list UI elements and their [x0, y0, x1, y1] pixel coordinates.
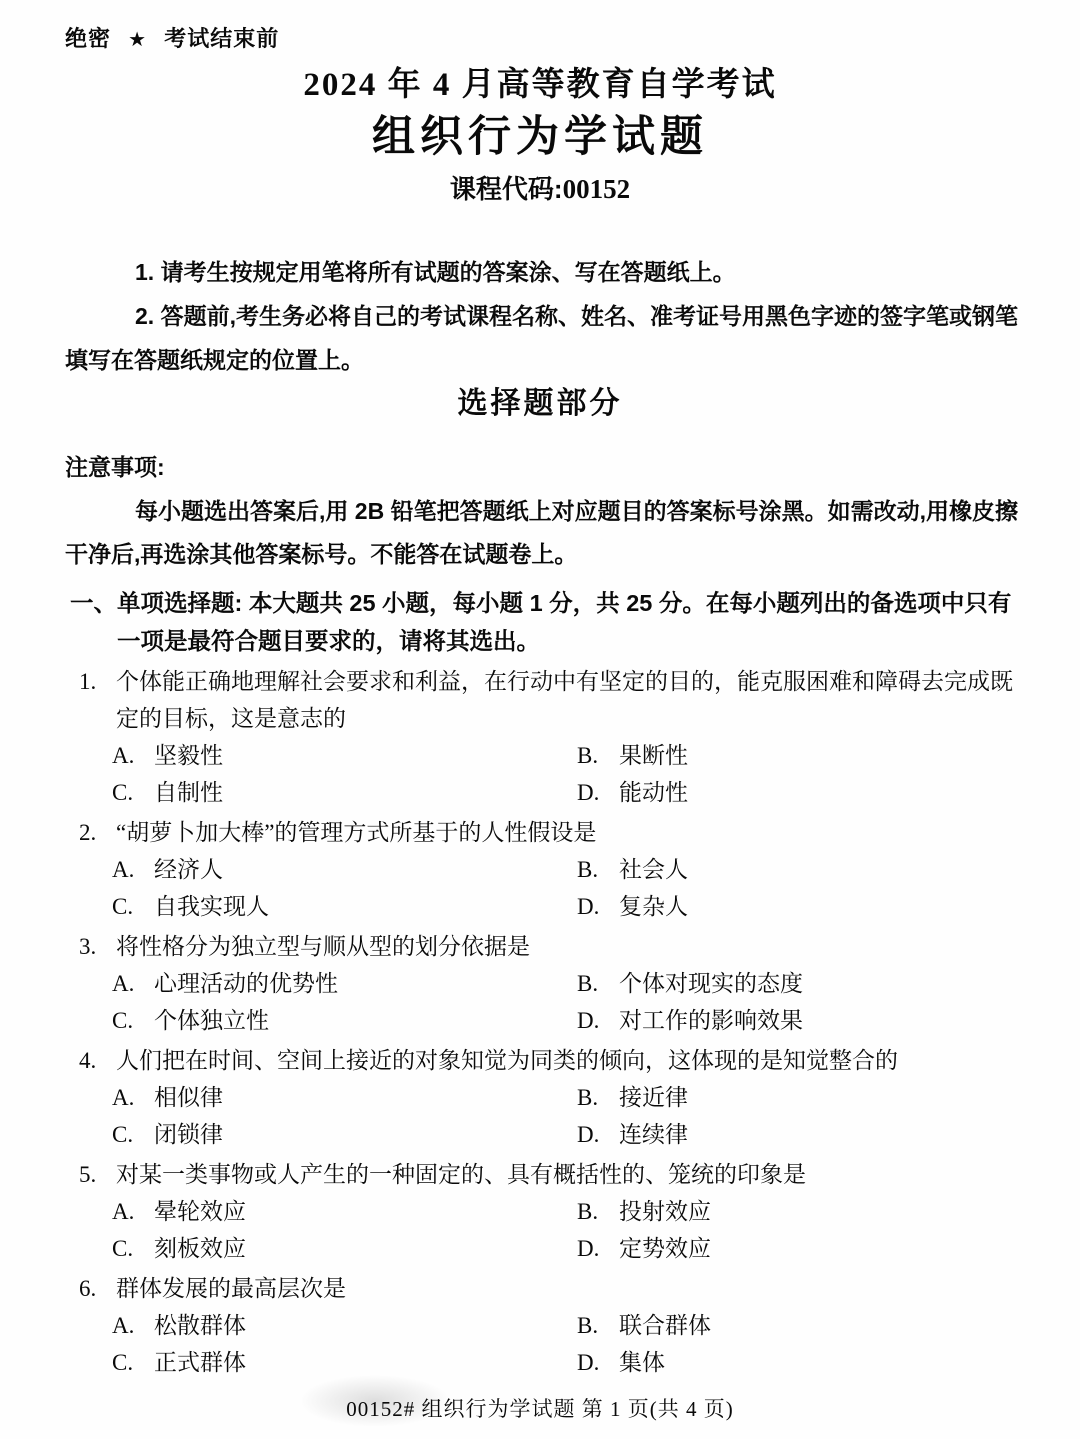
question-text: 将性格分为独立型与顺从型的划分依据是 — [116, 928, 1022, 965]
option-text: 连续律 — [619, 1122, 688, 1147]
course-code-label: 课程代码: — [450, 174, 563, 204]
option-text: 对工作的影响效果 — [619, 1008, 803, 1033]
option-text: 晕轮效应 — [154, 1199, 246, 1224]
general-instructions: 1. 请考生按规定用笔将所有试题的答案涂、写在答题纸上。 2. 答题前,考生务必… — [65, 250, 1018, 382]
notice-title: 注意事项: — [65, 452, 1080, 482]
question-stem: 1. 个体能正确地理解社会要求和利益，在行动中有坚定的目的，能克服困难和障碍去完… — [0, 663, 1080, 737]
option-text: 复杂人 — [619, 894, 688, 919]
course-code-value: 00152 — [563, 174, 631, 204]
option-label: C. — [112, 1002, 154, 1039]
question-text: 个体能正确地理解社会要求和利益，在行动中有坚定的目的，能克服困难和障碍去完成既定… — [116, 663, 1022, 737]
option-label: A. — [112, 965, 154, 1002]
option-text: 接近律 — [619, 1085, 688, 1110]
options-grid: A.晕轮效应 B.投射效应 C.刻板效应 D.定势效应 — [0, 1193, 1080, 1267]
option-a: A.心理活动的优势性 — [112, 965, 577, 1002]
option-a: A.经济人 — [112, 851, 577, 888]
option-label: C. — [112, 1230, 154, 1267]
question-1: 1. 个体能正确地理解社会要求和利益，在行动中有坚定的目的，能克服困难和障碍去完… — [0, 663, 1080, 811]
question-text: 对某一类事物或人产生的一种固定的、具有概括性的、笼统的印象是 — [116, 1156, 1022, 1193]
option-label: D. — [577, 774, 619, 811]
exam-session-title: 2024 年 4 月高等教育自学考试 — [0, 65, 1080, 105]
page-footer: 00152# 组织行为学试题 第 1 页(共 4 页) — [0, 1393, 1080, 1423]
option-b: B.社会人 — [577, 851, 1040, 888]
option-c: C.刻板效应 — [112, 1230, 577, 1267]
classification-note: 考试结束前 — [164, 26, 279, 51]
question-6: 6. 群体发展的最高层次是 A.松散群体 B.联合群体 C.正式群体 D.集体 — [0, 1270, 1080, 1381]
section-one-heading: 一、 单项选择题: 本大题共 25 小题，每小题 1 分，共 25 分。在每小题… — [70, 584, 1022, 660]
classification-label: 绝密 — [65, 26, 111, 51]
option-c: C.个体独立性 — [112, 1002, 577, 1039]
question-stem: 6. 群体发展的最高层次是 — [0, 1270, 1080, 1307]
options-grid: A.心理活动的优势性 B.个体对现实的态度 C.个体独立性 D.对工作的影响效果 — [0, 965, 1080, 1039]
notice-body: 每小题选出答案后,用 2B 铅笔把答题纸上对应题目的答案标号涂黑。如需改动,用橡… — [65, 490, 1018, 576]
instruction-item-1: 1. 请考生按规定用笔将所有试题的答案涂、写在答题纸上。 — [65, 250, 1018, 294]
option-text: 社会人 — [619, 857, 688, 882]
option-label: D. — [577, 1230, 619, 1267]
options-grid: A.松散群体 B.联合群体 C.正式群体 D.集体 — [0, 1307, 1080, 1381]
option-a: A.晕轮效应 — [112, 1193, 577, 1230]
option-label: A. — [112, 851, 154, 888]
instruction-item-2: 2. 答题前,考生务必将自己的考试课程名称、姓名、准考证号用黑色字迹的签字笔或钢… — [65, 294, 1018, 382]
option-c: C.正式群体 — [112, 1344, 577, 1381]
question-stem: 3. 将性格分为独立型与顺从型的划分依据是 — [0, 928, 1080, 965]
question-number: 6. — [79, 1270, 116, 1307]
option-b: B.接近律 — [577, 1079, 1040, 1116]
option-c: C.自制性 — [112, 774, 577, 811]
option-text: 投射效应 — [619, 1199, 711, 1224]
question-number: 3. — [79, 928, 116, 965]
option-label: B. — [577, 965, 619, 1002]
option-label: B. — [577, 1307, 619, 1344]
star-icon: ★ — [128, 29, 147, 51]
option-text: 个体独立性 — [154, 1008, 269, 1033]
options-grid: A.经济人 B.社会人 C.自我实现人 D.复杂人 — [0, 851, 1080, 925]
option-text: 集体 — [619, 1350, 665, 1375]
option-d: D.能动性 — [577, 774, 1040, 811]
option-text: 心理活动的优势性 — [154, 971, 338, 996]
options-grid: A.坚毅性 B.果断性 C.自制性 D.能动性 — [0, 737, 1080, 811]
question-stem: 5. 对某一类事物或人产生的一种固定的、具有概括性的、笼统的印象是 — [0, 1156, 1080, 1193]
option-a: A.坚毅性 — [112, 737, 577, 774]
option-c: C.闭锁律 — [112, 1116, 577, 1153]
option-text: 自制性 — [154, 780, 223, 805]
question-number: 5. — [79, 1156, 116, 1193]
part-heading: 选择题部分 — [0, 386, 1080, 422]
option-label: B. — [577, 1079, 619, 1116]
option-c: C.自我实现人 — [112, 888, 577, 925]
option-text: 相似律 — [154, 1085, 223, 1110]
option-label: A. — [112, 1079, 154, 1116]
option-text: 正式群体 — [154, 1350, 246, 1375]
option-text: 闭锁律 — [154, 1122, 223, 1147]
option-text: 经济人 — [154, 857, 223, 882]
option-d: D.复杂人 — [577, 888, 1040, 925]
question-number: 2. — [79, 814, 116, 851]
question-text: “胡萝卜加大棒”的管理方式所基于的人性假设是 — [116, 814, 1022, 851]
option-b: B.果断性 — [577, 737, 1040, 774]
option-d: D.集体 — [577, 1344, 1040, 1381]
option-text: 联合群体 — [619, 1313, 711, 1338]
question-text: 群体发展的最高层次是 — [116, 1270, 1022, 1307]
question-text: 人们把在时间、空间上接近的对象知觉为同类的倾向，这体现的是知觉整合的 — [116, 1042, 1022, 1079]
question-2: 2. “胡萝卜加大棒”的管理方式所基于的人性假设是 A.经济人 B.社会人 C.… — [0, 814, 1080, 925]
option-d: D.定势效应 — [577, 1230, 1040, 1267]
option-label: B. — [577, 737, 619, 774]
option-text: 果断性 — [619, 743, 688, 768]
options-grid: A.相似律 B.接近律 C.闭锁律 D.连续律 — [0, 1079, 1080, 1153]
section-instructions: 单项选择题: 本大题共 25 小题，每小题 1 分，共 25 分。在每小题列出的… — [117, 584, 1022, 660]
question-3: 3. 将性格分为独立型与顺从型的划分依据是 A.心理活动的优势性 B.个体对现实… — [0, 928, 1080, 1039]
option-text: 自我实现人 — [154, 894, 269, 919]
question-5: 5. 对某一类事物或人产生的一种固定的、具有概括性的、笼统的印象是 A.晕轮效应… — [0, 1156, 1080, 1267]
option-label: B. — [577, 851, 619, 888]
option-label: A. — [112, 1193, 154, 1230]
option-label: D. — [577, 1116, 619, 1153]
option-d: D.对工作的影响效果 — [577, 1002, 1040, 1039]
option-text: 坚毅性 — [154, 743, 223, 768]
option-label: D. — [577, 888, 619, 925]
option-text: 松散群体 — [154, 1313, 246, 1338]
option-label: C. — [112, 888, 154, 925]
option-b: B.个体对现实的态度 — [577, 965, 1040, 1002]
option-text: 定势效应 — [619, 1236, 711, 1261]
page-title: 组织行为学试题 — [0, 111, 1080, 163]
question-number: 4. — [79, 1042, 116, 1079]
question-list: 1. 个体能正确地理解社会要求和利益，在行动中有坚定的目的，能克服困难和障碍去完… — [0, 663, 1080, 1381]
option-b: B.投射效应 — [577, 1193, 1040, 1230]
classification-line: 绝密 ★ 考试结束前 — [65, 22, 1080, 53]
option-label: D. — [577, 1002, 619, 1039]
option-d: D.连续律 — [577, 1116, 1040, 1153]
question-stem: 4. 人们把在时间、空间上接近的对象知觉为同类的倾向，这体现的是知觉整合的 — [0, 1042, 1080, 1079]
option-label: A. — [112, 737, 154, 774]
section-number: 一、 — [70, 584, 117, 660]
question-stem: 2. “胡萝卜加大棒”的管理方式所基于的人性假设是 — [0, 814, 1080, 851]
option-label: B. — [577, 1193, 619, 1230]
option-a: A.相似律 — [112, 1079, 577, 1116]
question-4: 4. 人们把在时间、空间上接近的对象知觉为同类的倾向，这体现的是知觉整合的 A.… — [0, 1042, 1080, 1153]
option-b: B.联合群体 — [577, 1307, 1040, 1344]
option-label: C. — [112, 1344, 154, 1381]
option-text: 刻板效应 — [154, 1236, 246, 1261]
option-text: 个体对现实的态度 — [619, 971, 803, 996]
option-text: 能动性 — [619, 780, 688, 805]
exam-page: 绝密 ★ 考试结束前 2024 年 4 月高等教育自学考试 组织行为学试题 课程… — [0, 0, 1080, 1439]
option-label: C. — [112, 1116, 154, 1153]
option-label: A. — [112, 1307, 154, 1344]
option-label: C. — [112, 774, 154, 811]
option-label: D. — [577, 1344, 619, 1381]
course-code-line: 课程代码:00152 — [0, 173, 1080, 206]
question-number: 1. — [79, 663, 116, 737]
option-a: A.松散群体 — [112, 1307, 577, 1344]
